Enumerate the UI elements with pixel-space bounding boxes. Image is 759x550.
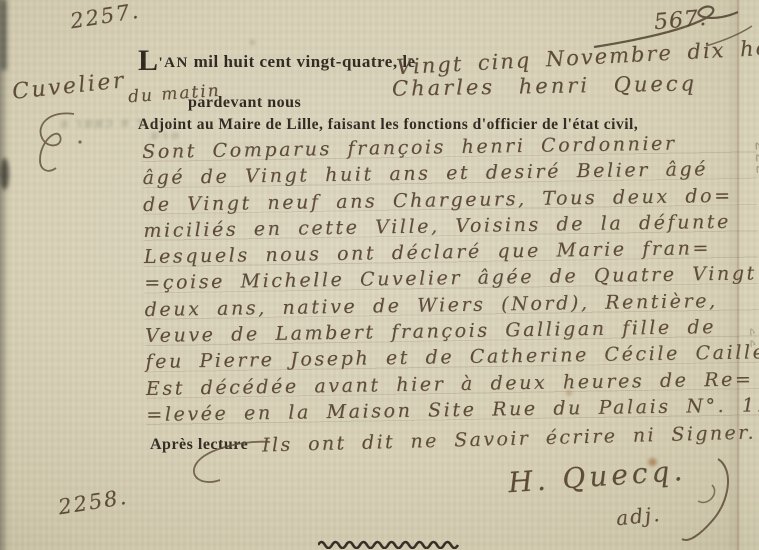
register-page-scan: ے ے ے ے ے 2257. 567. 2258. Cuvelier ɘ ɿɒ… [0, 0, 759, 550]
act-separator-wavy-rule [318, 539, 466, 549]
printed-officer-title-line: Adjoint au Maire de Lille, faisant les f… [138, 116, 638, 134]
foxing-spot [648, 458, 657, 466]
ink-bleedthrough: ɘ ɿɒʜɔ ɘ ɿ [60, 115, 145, 131]
margin-deceased-name: Cuvelier [11, 68, 127, 105]
drop-cap-initial: L [138, 44, 159, 77]
officer-signature: H. Quecq. [507, 454, 687, 499]
handwritten-officer-name: Charles henri Quecq [392, 71, 697, 100]
act-number-top: 2257. [69, 0, 142, 33]
signature-title-adjoint: adj. [615, 502, 663, 531]
signature-paraph [668, 455, 748, 550]
handwritten-act-body: Sont Comparus françois henri Cordonnier … [142, 129, 759, 428]
page-left-edge-shadow [0, 0, 7, 70]
opening-smallcaps: 'AN [159, 55, 189, 71]
foxing-spot [566, 390, 572, 396]
binding-ink-blot [0, 158, 9, 190]
printed-opening-line: L'AN mil huit cent vingt-quatre, le [138, 52, 416, 72]
printed-pardevant: pardevant nous [188, 94, 301, 112]
opening-rest: mil huit cent vingt-quatre, le [189, 52, 416, 71]
handwritten-date-time: Vingt cinq Novembre dix heures [396, 33, 759, 79]
foxing-spot [250, 40, 255, 45]
act-number-bottom: 2258. [57, 485, 130, 520]
handwritten-closing-statement: Ils ont dit ne Savoir écrire ni Signer. [262, 422, 756, 457]
page-left-edge [0, 0, 10, 550]
